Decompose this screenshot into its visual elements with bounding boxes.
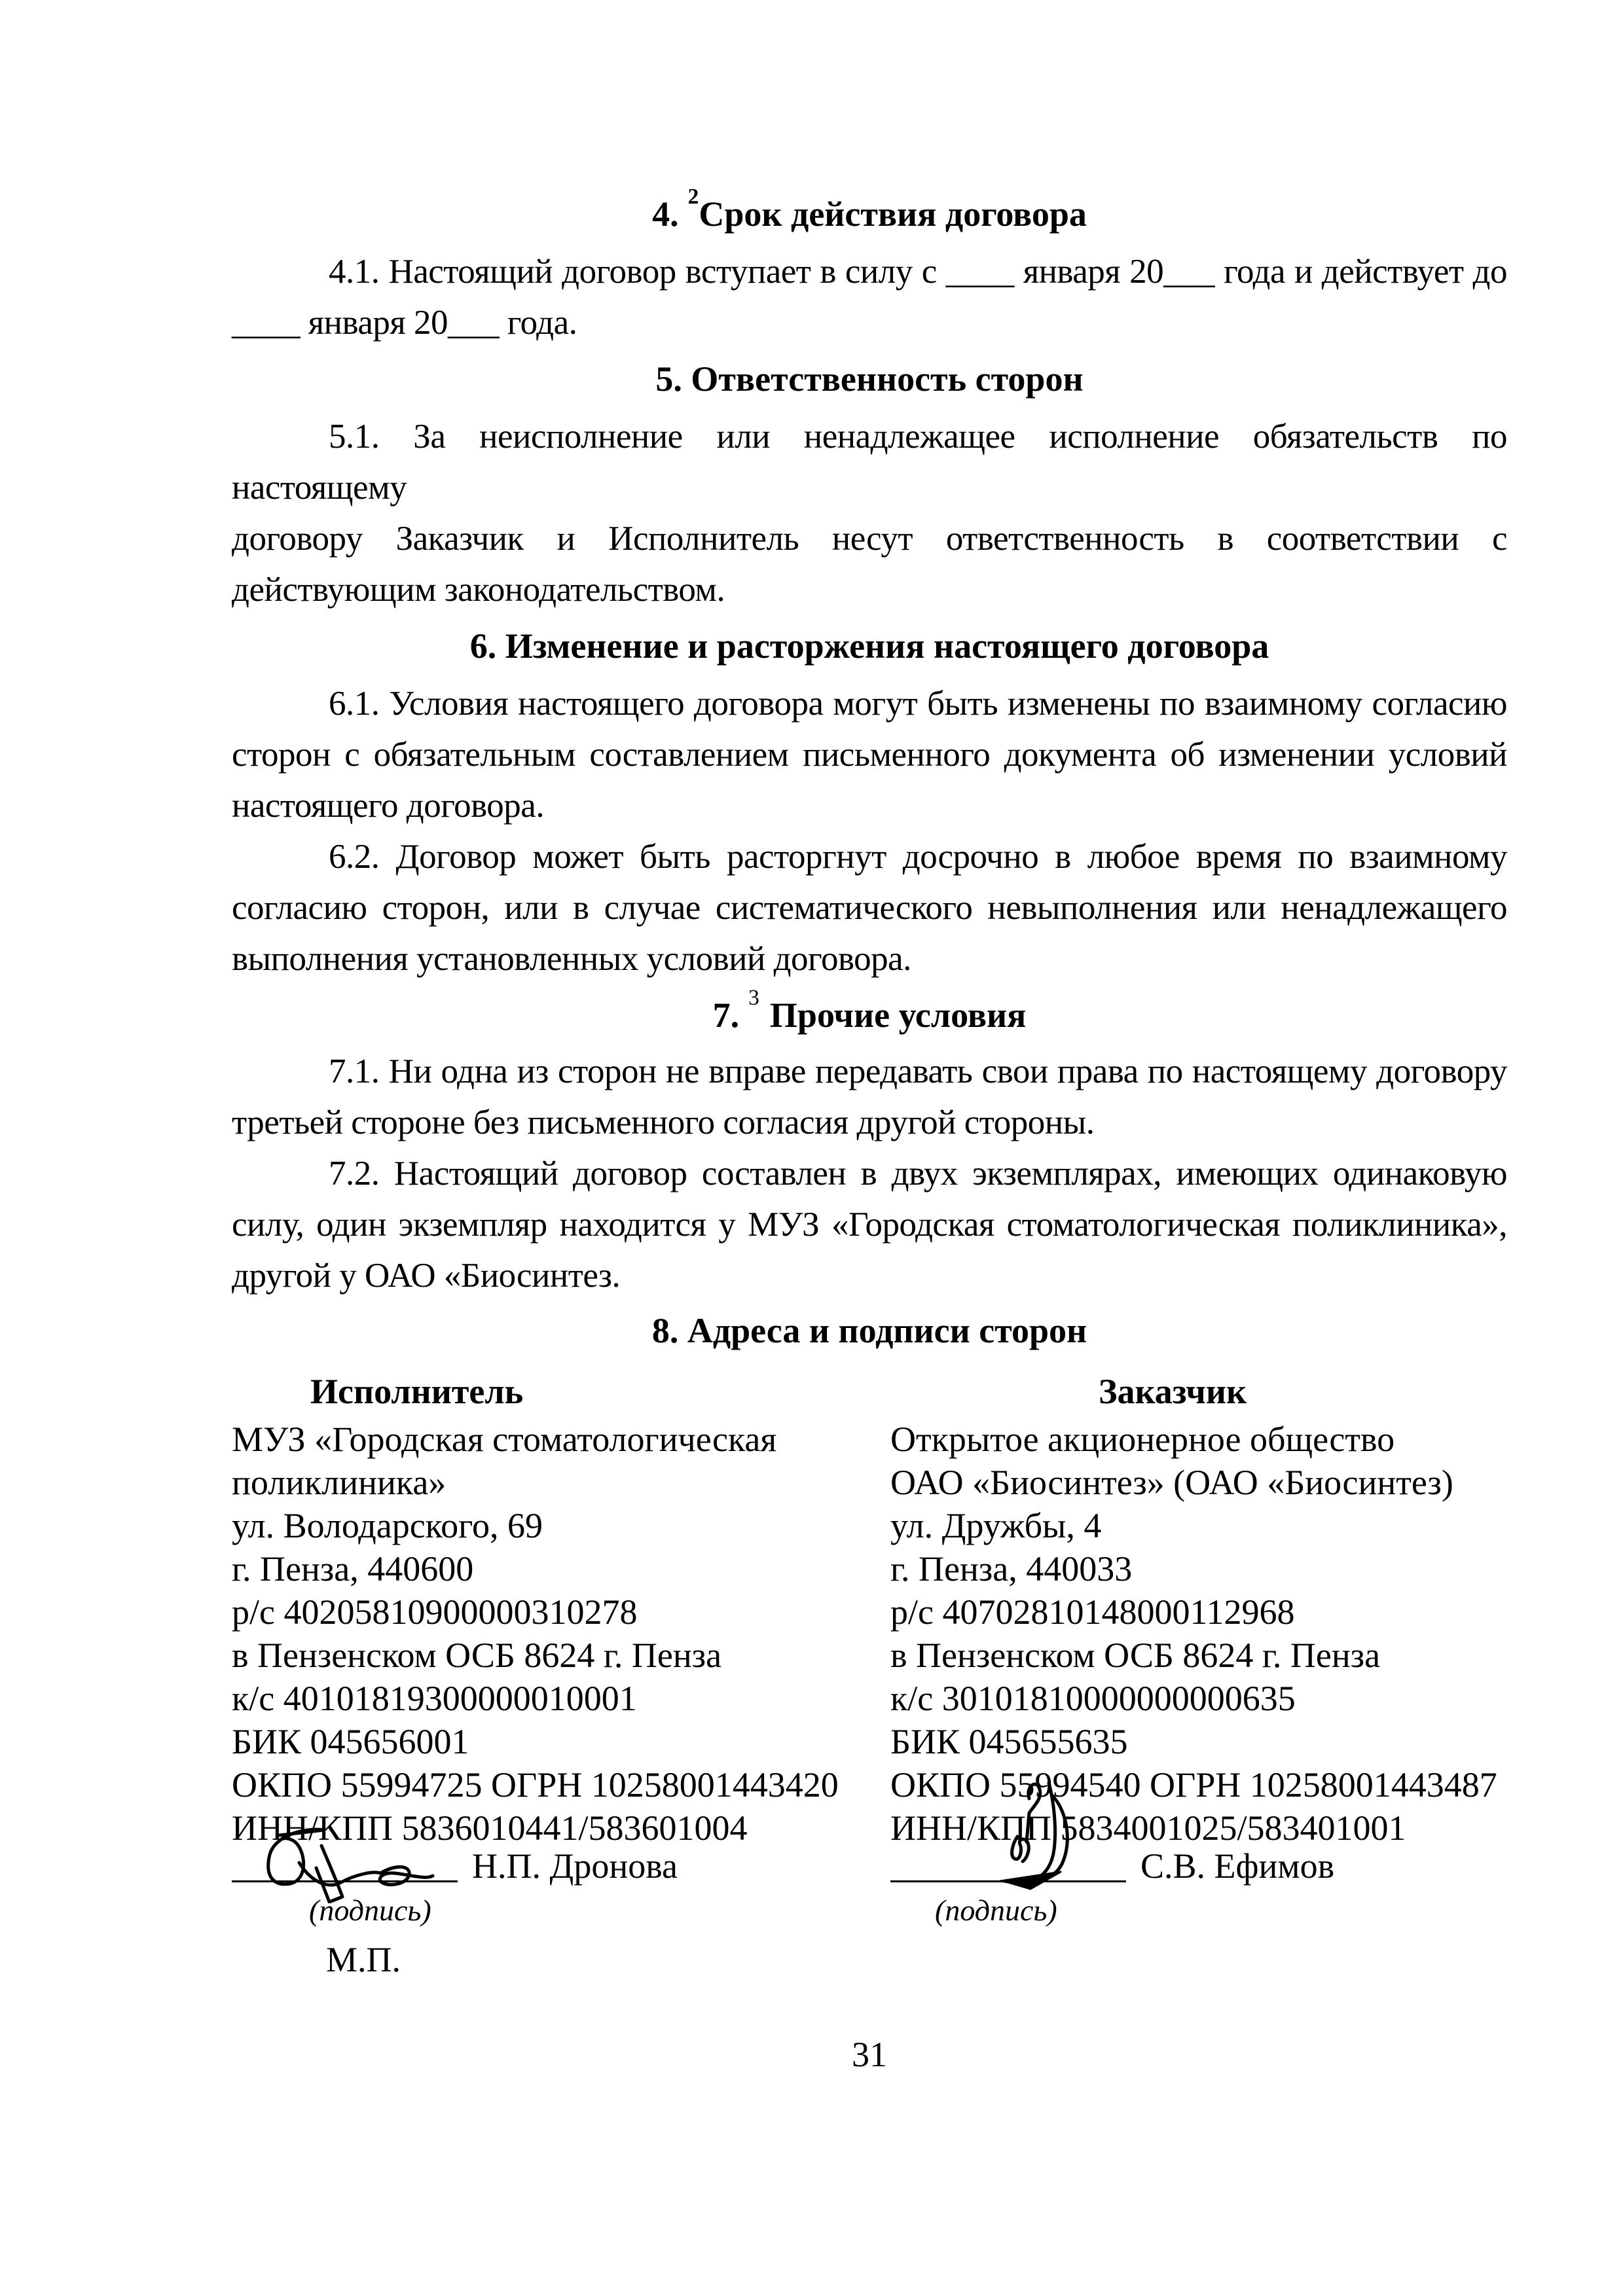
executor-sign-caption: (подпись) bbox=[232, 1893, 890, 1928]
executor-stamp-label: М.П. bbox=[232, 1939, 890, 1980]
clause-5-1: 5.1. За неисполнение или ненадлежащее ис… bbox=[232, 411, 1507, 615]
footnote-marker-3: 3 bbox=[748, 986, 759, 1010]
customer-detail-line: г. Пенза, 440033 bbox=[890, 1547, 1507, 1590]
clause-6-2-line: выполнения установленных условий договор… bbox=[232, 933, 1507, 984]
executor-detail-line: ул. Володарского, 69 bbox=[232, 1504, 890, 1547]
executor-details: МУЗ «Городская стоматологическаяполиклин… bbox=[232, 1418, 890, 1850]
customer-detail-line: ОАО «Биосинтез» (ОАО «Биосинтез) bbox=[890, 1461, 1507, 1504]
contract-document-page: 4.2Срок действия договора 4.1. Настоящий… bbox=[0, 0, 1623, 2296]
executor-signature-row: Н.П. Дронова bbox=[232, 1843, 890, 1882]
clause-7-2: 7.2. Настоящий договор составлен в двух … bbox=[232, 1148, 1507, 1301]
section-6-heading: 6. Изменение и расторжения настоящего до… bbox=[232, 620, 1507, 672]
customer-signer-name: С.В. Ефимов bbox=[1140, 1846, 1334, 1886]
customer-detail-line: Открытое акционерное общество bbox=[890, 1418, 1507, 1461]
clause-7-2-line: 7.2. Настоящий договор составлен в двух … bbox=[232, 1148, 1507, 1199]
page-number: 31 bbox=[232, 2029, 1507, 2080]
section-4-heading: 4.2Срок действия договора bbox=[232, 188, 1507, 240]
section-7-title: Прочие условия bbox=[770, 996, 1026, 1035]
clause-7-1-line: третьей стороне без письменного согласия… bbox=[232, 1097, 1507, 1148]
clause-6-1: 6.1. Условия настоящего договора могут б… bbox=[232, 678, 1507, 831]
footnote-marker-2: 2 bbox=[688, 185, 699, 209]
clause-6-1-line: настоящего договора. bbox=[232, 780, 1507, 831]
section-8-heading: 8. Адреса и подписи сторон bbox=[232, 1305, 1507, 1356]
clause-5-1-line: действующим законодательством. bbox=[232, 564, 1507, 615]
executor-column: Исполнитель МУЗ «Городская стоматологиче… bbox=[232, 1367, 890, 1980]
clause-6-2: 6.2. Договор может быть расторгнут досро… bbox=[232, 831, 1507, 984]
customer-detail-line: ОКПО 55994540 ОГРН 10258001443487 bbox=[890, 1763, 1507, 1806]
executor-header: Исполнитель bbox=[232, 1367, 890, 1416]
section-4-title: Срок действия договора bbox=[699, 194, 1087, 234]
customer-detail-line: к/с 30101810000000000635 bbox=[890, 1677, 1507, 1720]
clause-7-2-line: другой у ОАО «Биосинтез. bbox=[232, 1250, 1507, 1301]
executor-detail-line: к/с 40101819300000010001 bbox=[232, 1677, 890, 1720]
clause-6-2-line: согласию сторон, или в случае систематич… bbox=[232, 882, 1507, 933]
clause-4-1-line: 4.1. Настоящий договор вступает в силу с… bbox=[232, 246, 1507, 297]
executor-detail-line: БИК 045656001 bbox=[232, 1720, 890, 1763]
customer-signature-line bbox=[890, 1841, 1126, 1882]
clause-6-2-line: 6.2. Договор может быть расторгнут досро… bbox=[232, 831, 1507, 882]
customer-column: Заказчик Открытое акционерное обществоОА… bbox=[890, 1367, 1507, 1980]
parties-block: Исполнитель МУЗ «Городская стоматологиче… bbox=[232, 1367, 1507, 1980]
clause-6-1-line: сторон с обязательным составлением письм… bbox=[232, 729, 1507, 780]
executor-signer-name: Н.П. Дронова bbox=[472, 1846, 678, 1886]
clause-4-1: 4.1. Настоящий договор вступает в силу с… bbox=[232, 246, 1507, 348]
customer-header: Заказчик bbox=[890, 1367, 1507, 1416]
customer-detail-line: ул. Дружбы, 4 bbox=[890, 1504, 1507, 1547]
executor-detail-line: поликлиника» bbox=[232, 1461, 890, 1504]
customer-detail-line: в Пензенском ОСБ 8624 г. Пенза bbox=[890, 1634, 1507, 1677]
clause-5-1-line: договору Заказчик и Исполнитель несут от… bbox=[232, 513, 1507, 564]
clause-7-1: 7.1. Ни одна из сторон не вправе передав… bbox=[232, 1046, 1507, 1148]
executor-detail-line: ОКПО 55994725 ОГРН 10258001443420 bbox=[232, 1763, 890, 1806]
section-7-heading: 7.3Прочие условия bbox=[232, 990, 1507, 1041]
clause-5-1-line: 5.1. За неисполнение или ненадлежащее ис… bbox=[232, 411, 1507, 513]
executor-detail-line: МУЗ «Городская стоматологическая bbox=[232, 1418, 890, 1461]
executor-detail-line: р/с 40205810900000310278 bbox=[232, 1590, 890, 1634]
executor-detail-line: в Пензенском ОСБ 8624 г. Пенза bbox=[232, 1634, 890, 1677]
customer-sign-caption: (подпись) bbox=[890, 1893, 1507, 1928]
document-content: 4.2Срок действия договора 4.1. Настоящий… bbox=[0, 0, 1623, 1980]
section-4-number: 4. bbox=[652, 194, 679, 234]
executor-signature-line bbox=[232, 1841, 458, 1882]
clause-4-1-line: ____ января 20___ года. bbox=[232, 297, 1507, 348]
customer-details: Открытое акционерное обществоОАО «Биосин… bbox=[890, 1418, 1507, 1850]
section-7-number: 7. bbox=[713, 996, 740, 1035]
customer-detail-line: р/с 40702810148000112968 bbox=[890, 1590, 1507, 1634]
clause-7-1-line: 7.1. Ни одна из сторон не вправе передав… bbox=[232, 1046, 1507, 1097]
clause-7-2-line: силу, один экземпляр находится у МУЗ «Го… bbox=[232, 1199, 1507, 1250]
customer-detail-line: БИК 045655635 bbox=[890, 1720, 1507, 1763]
clause-6-1-line: 6.1. Условия настоящего договора могут б… bbox=[232, 678, 1507, 729]
executor-detail-line: г. Пенза, 440600 bbox=[232, 1547, 890, 1590]
customer-signature-row: С.В. Ефимов bbox=[890, 1843, 1507, 1882]
section-5-heading: 5. Ответственность сторон bbox=[232, 353, 1507, 404]
